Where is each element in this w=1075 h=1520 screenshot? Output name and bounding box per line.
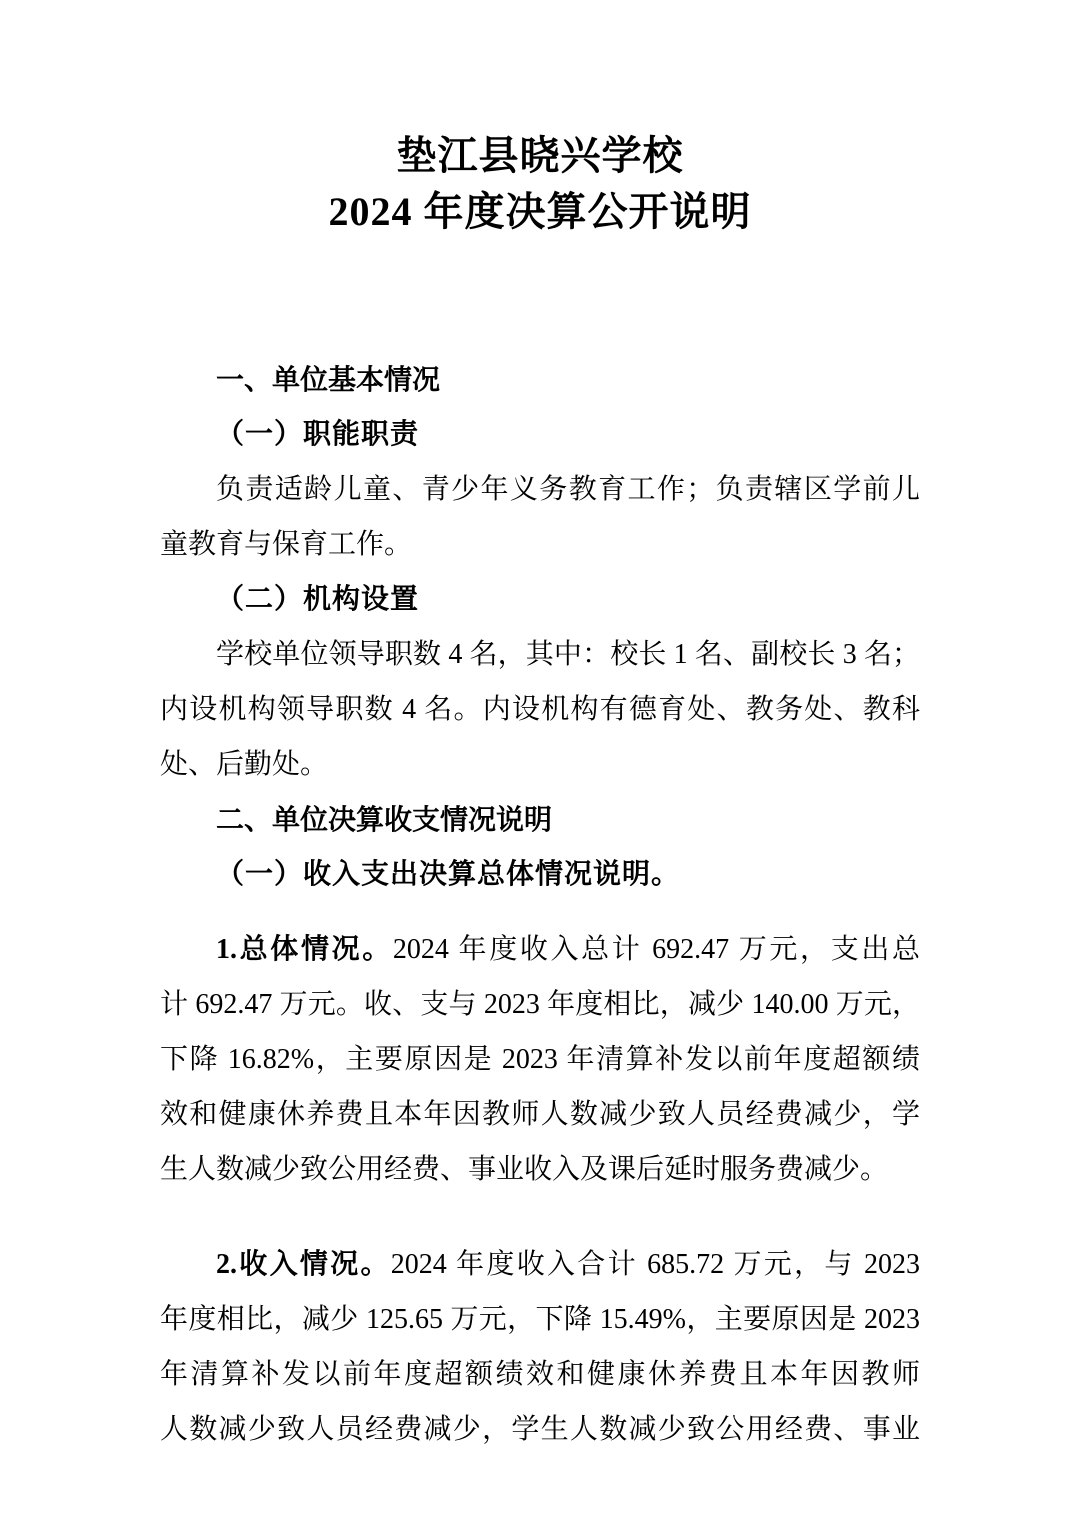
paragraph-line: 内设机构领导职数 4 名。内设机构有德育处、教务处、教科 <box>160 682 920 737</box>
subsection-heading-1-2: （二）机构设置 <box>160 572 920 627</box>
subsection-heading-2-1: （一）收入支出决算总体情况说明。 <box>160 847 920 902</box>
document-title-line2: 2024 年度决算公开说明 <box>160 184 920 240</box>
heading-line: 一、单位基本情况 <box>160 352 920 407</box>
paragraph-line: 童教育与保育工作。 <box>160 517 920 572</box>
section-heading-2: 二、单位决算收支情况说明 <box>160 792 920 847</box>
paragraph-line: 2.收入情况。2024 年度收入合计 685.72 万元，与 2023 <box>160 1237 920 1292</box>
paragraph-line: 学校单位领导职数 4 名，其中：校长 1 名、副校长 3 名； <box>160 627 920 682</box>
paragraph-line: 效和健康休养费且本年因教师人数减少致人员经费减少，学 <box>160 1087 920 1142</box>
heading-line: （一）职能职责 <box>160 407 920 462</box>
heading-line: 二、单位决算收支情况说明 <box>160 792 920 847</box>
paragraph-line: 年清算补发以前年度超额绩效和健康休养费且本年因教师 <box>160 1347 920 1402</box>
document-content: 垫江县晓兴学校 2024 年度决算公开说明 一、单位基本情况（一）职能职责负责适… <box>160 128 920 1477</box>
paragraph-number-lead: 1.总体情况。 <box>216 934 393 965</box>
paragraph-line: 下降 16.82%，主要原因是 2023 年清算补发以前年度超额绩 <box>160 1032 920 1087</box>
title-spacer <box>160 240 920 296</box>
document-page: 垫江县晓兴学校 2024 年度决算公开说明 一、单位基本情况（一）职能职责负责适… <box>0 0 1075 1520</box>
paragraph-number-lead: 2.收入情况。 <box>216 1249 391 1280</box>
paragraph-duties: 负责适龄儿童、青少年义务教育工作；负责辖区学前儿童教育与保育工作。 <box>160 462 920 572</box>
paragraph-line: 生人数减少致公用经费、事业收入及课后延时服务费减少。 <box>160 1142 920 1197</box>
section-heading-1: 一、单位基本情况 <box>160 352 920 407</box>
paragraph-line: 人数减少致人员经费减少，学生人数减少致公用经费、事业 <box>160 1402 920 1457</box>
paragraph-organization: 学校单位领导职数 4 名，其中：校长 1 名、副校长 3 名；内设机构领导职数 … <box>160 627 920 792</box>
paragraph-line: 计 692.47 万元。收、支与 2023 年度相比，减少 140.00 万元， <box>160 977 920 1032</box>
document-title: 垫江县晓兴学校 2024 年度决算公开说明 <box>160 128 920 240</box>
document-title-line1: 垫江县晓兴学校 <box>160 128 920 184</box>
paragraph-overall-situation: 1.总体情况。2024 年度收入总计 692.47 万元，支出总计 692.47… <box>160 902 920 1217</box>
subsection-heading-1-1: （一）职能职责 <box>160 407 920 462</box>
heading-line: （一）收入支出决算总体情况说明。 <box>160 847 920 902</box>
paragraph-income-situation: 2.收入情况。2024 年度收入合计 685.72 万元，与 2023年度相比，… <box>160 1217 920 1477</box>
paragraph-line: 处、后勤处。 <box>160 737 920 792</box>
document-body: 一、单位基本情况（一）职能职责负责适龄儿童、青少年义务教育工作；负责辖区学前儿童… <box>160 352 920 1477</box>
paragraph-line: 负责适龄儿童、青少年义务教育工作；负责辖区学前儿 <box>160 462 920 517</box>
paragraph-line: 年度相比，减少 125.65 万元，下降 15.49%，主要原因是 2023 <box>160 1292 920 1347</box>
paragraph-line: 1.总体情况。2024 年度收入总计 692.47 万元，支出总 <box>160 922 920 977</box>
heading-line: （二）机构设置 <box>160 572 920 627</box>
